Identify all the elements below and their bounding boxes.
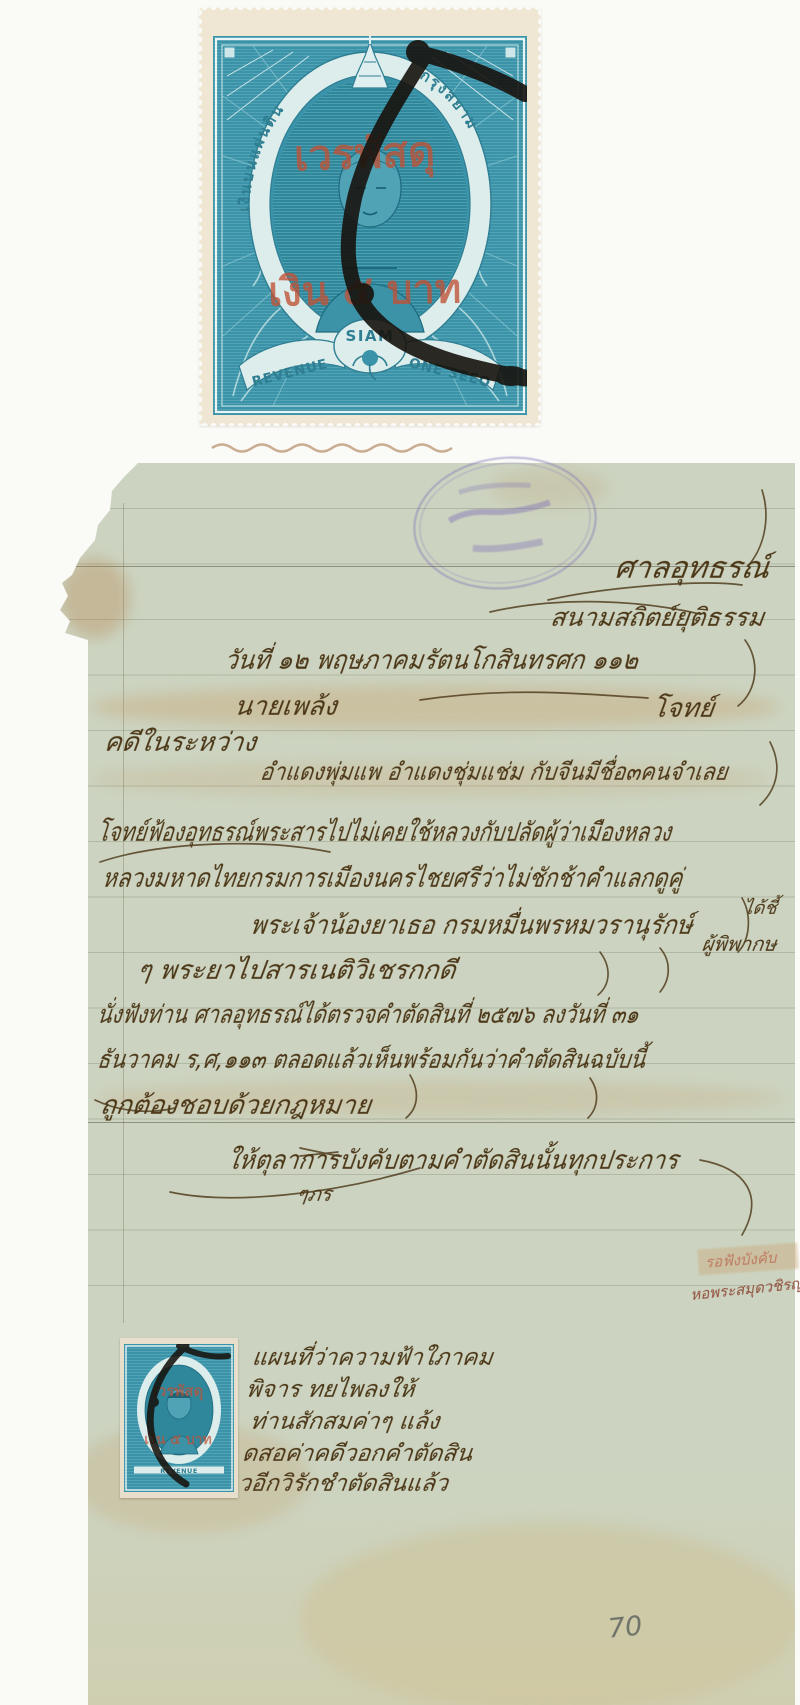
margin-line: [123, 503, 124, 1323]
stain: [90, 761, 770, 797]
revenue-stamp-large: เงินบนแผ่นดิน กรุงสยาม: [200, 8, 540, 425]
ruling-lines: [60, 508, 795, 1338]
adhesive-residue-mark: [212, 445, 452, 452]
stamp-perforation: [533, 8, 541, 425]
oval-handstamp: [406, 446, 605, 599]
stain: [60, 558, 130, 638]
stamp-perforation: [200, 418, 540, 426]
ruling-line-dark: [60, 1122, 795, 1123]
scanned-document-photo: ศาลอุทธรณ์ สนามสถิตย์ยุติธรรม วันที่ ๑๒ …: [0, 0, 800, 1705]
paper-aging-tone: [60, 1465, 795, 1705]
stamp-perforation: [199, 8, 207, 425]
oval-handstamp-smudge: [408, 449, 602, 598]
stamp-perforation: [200, 7, 540, 15]
stamp-printed-area: REVENUE เวรพัสดุ เงิน ๕ บาท: [124, 1344, 234, 1492]
stamp-printed-area: เงินบนแผ่นดิน กรุงสยาม: [213, 36, 527, 415]
document-paper: [60, 463, 795, 1705]
stain: [95, 1081, 785, 1115]
revenue-stamp-small: REVENUE เวรพัสดุ เงิน ๕ บาท: [120, 1338, 238, 1498]
stain: [90, 685, 780, 729]
